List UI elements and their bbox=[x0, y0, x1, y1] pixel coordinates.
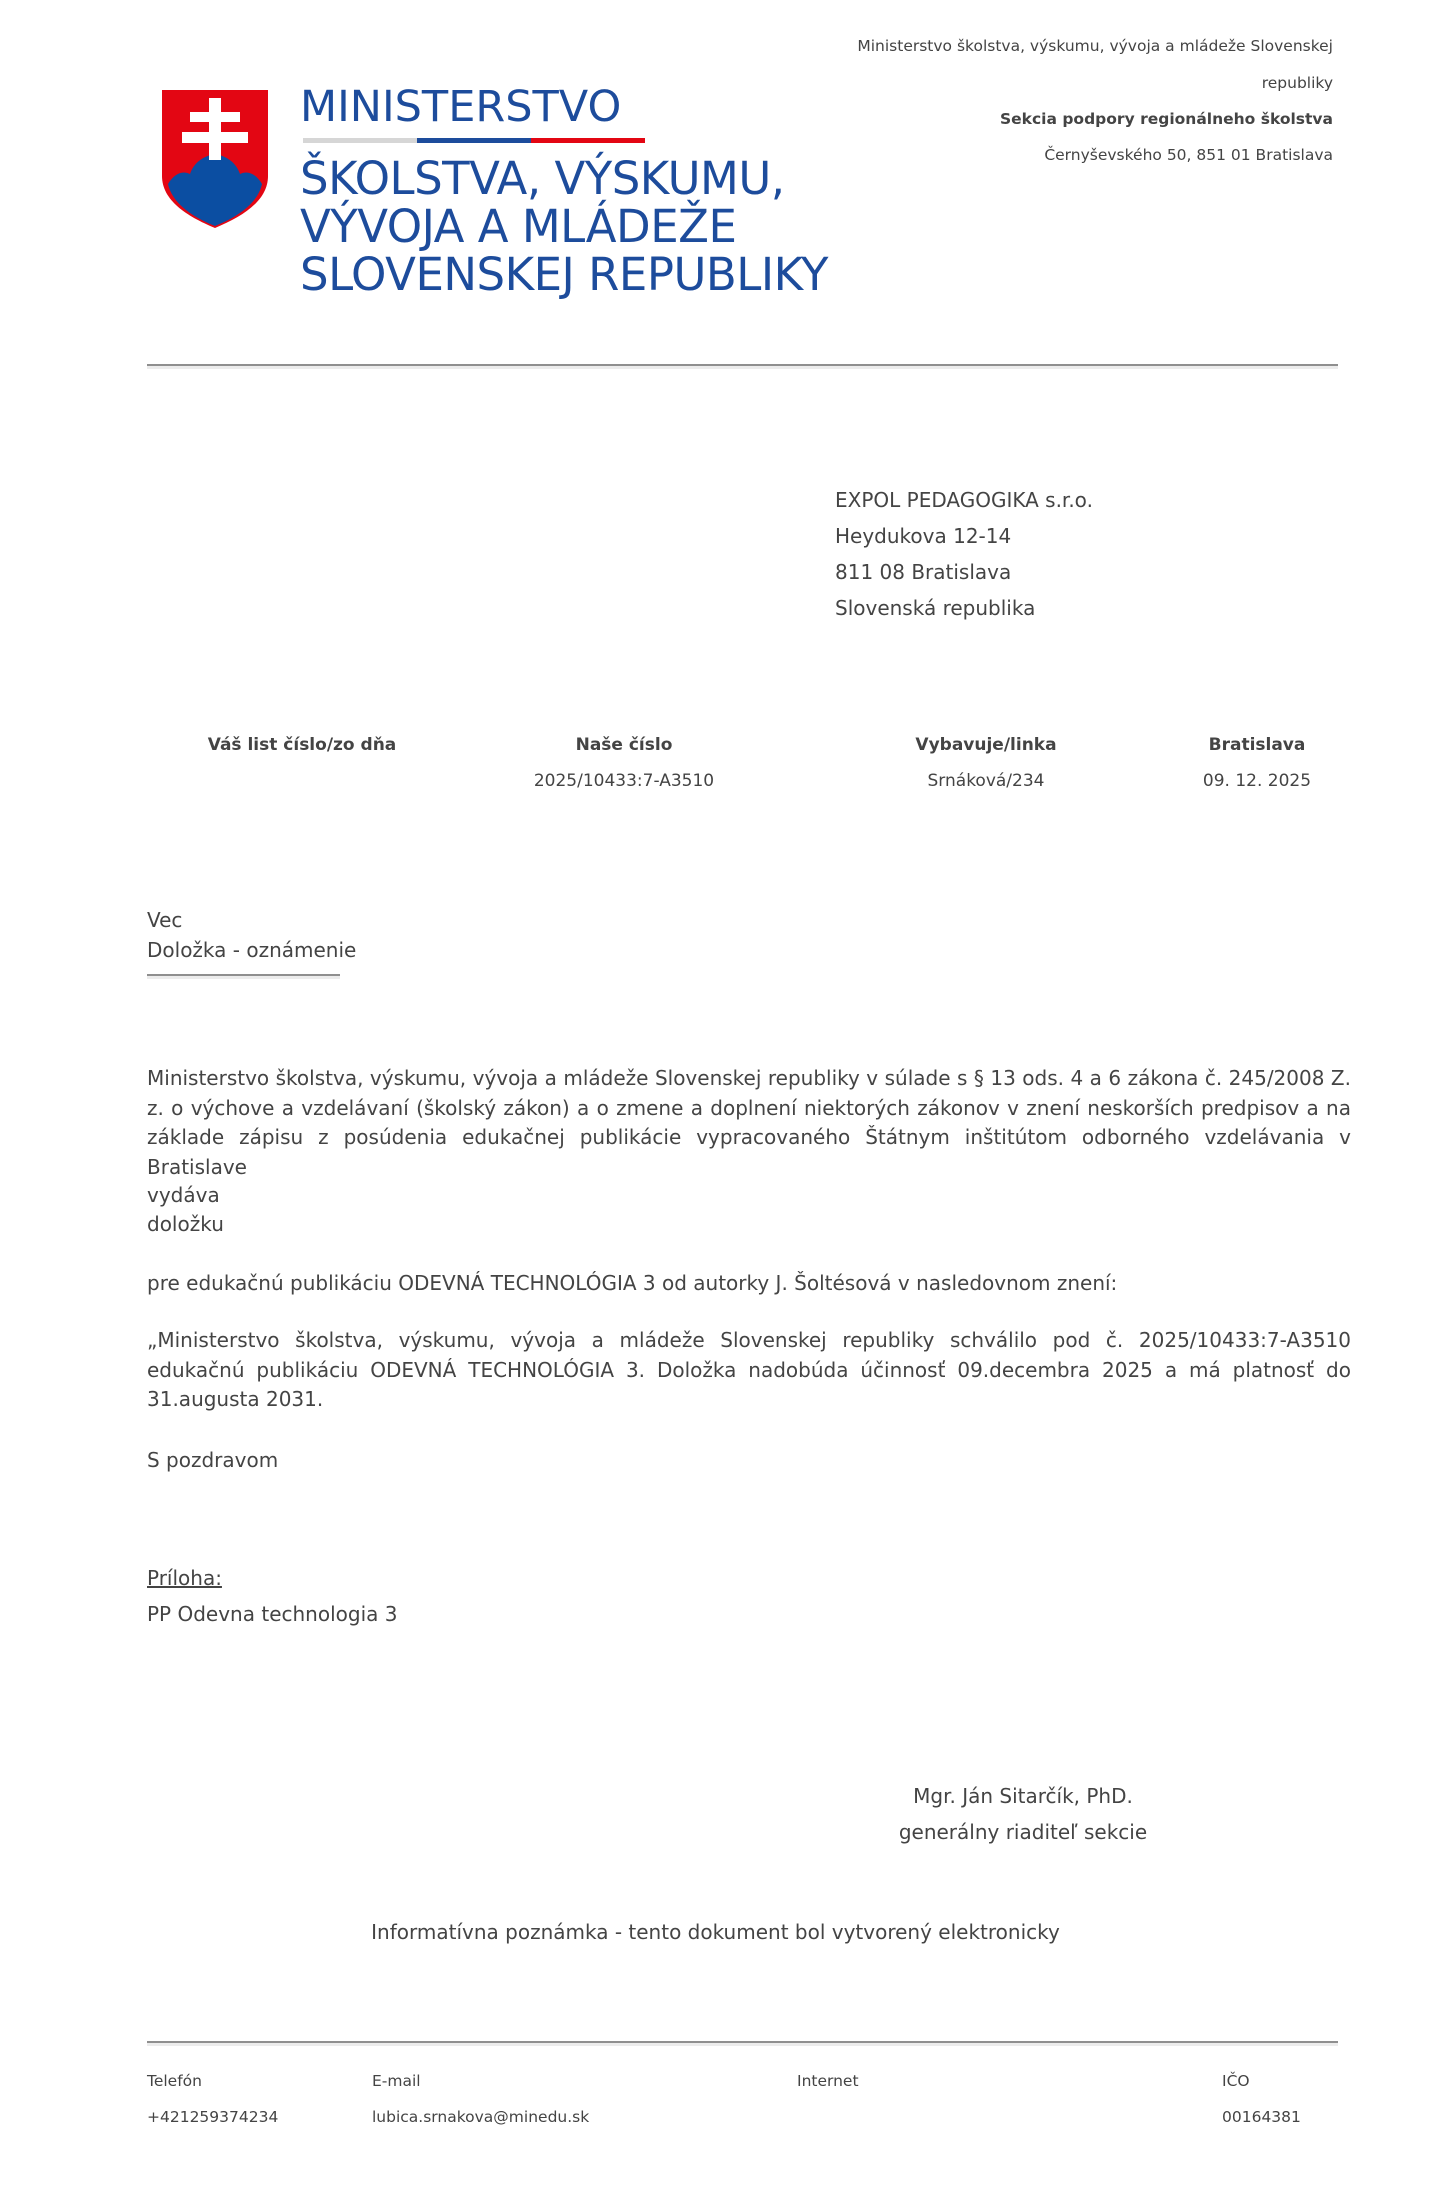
subject-title: Doložka - oznámenie bbox=[147, 938, 356, 962]
logo-text-line: SLOVENSKEJ REPUBLIKY bbox=[300, 248, 828, 301]
logo-text-line: MINISTERSTVO bbox=[300, 82, 621, 132]
sender-section: Sekcia podpory regionálneho školstva bbox=[1000, 110, 1333, 128]
footer-email-label: E-mail bbox=[372, 2072, 421, 2090]
sender-address: Černyševského 50, 851 01 Bratislava bbox=[1044, 146, 1333, 164]
reference-header: Bratislava bbox=[1097, 735, 1417, 755]
note-text: Informatívna poznámka - tento dokument b… bbox=[371, 1920, 1060, 1944]
greeting: S pozdravom bbox=[147, 1448, 278, 1472]
footer-ico-label: IČO bbox=[1222, 2072, 1250, 2090]
subject-label: Vec bbox=[147, 908, 182, 932]
logo-text-line: ŠKOLSTVA, VÝSKUMU, bbox=[300, 152, 785, 205]
recipient-name: EXPOL PEDAGOGIKA s.r.o. bbox=[835, 488, 1093, 512]
subject-divider bbox=[147, 974, 340, 979]
signatory-name: Mgr. Ján Sitarčík, PhD. bbox=[823, 1784, 1223, 1808]
header-divider bbox=[147, 364, 1338, 369]
sender-org-line1: Ministerstvo školstva, výskumu, vývoja a… bbox=[857, 37, 1333, 55]
reference-header: Váš list číslo/zo dňa bbox=[142, 735, 462, 755]
slovak-coat-of-arms-icon bbox=[160, 88, 270, 230]
attachment-item: PP Odevna technologia 3 bbox=[147, 1602, 397, 1626]
reference-value: 09. 12. 2025 bbox=[1097, 771, 1417, 791]
footer-email[interactable]: lubica.srnakova@minedu.sk bbox=[372, 2108, 589, 2126]
sender-org-line2: republiky bbox=[1262, 74, 1333, 92]
footer-ico: 00164381 bbox=[1222, 2108, 1301, 2126]
footer-divider bbox=[147, 2041, 1338, 2046]
reference-header: Naše číslo bbox=[464, 735, 784, 755]
body-for-line: pre edukačnú publikáciu ODEVNÁ TECHNOLÓG… bbox=[147, 1271, 1117, 1295]
footer-internet-label: Internet bbox=[797, 2072, 859, 2090]
body-paragraph: Ministerstvo školstva, výskumu, vývoja a… bbox=[147, 1064, 1351, 1182]
reference-value: 2025/10433:7-A3510 bbox=[464, 771, 784, 791]
recipient-city: 811 08 Bratislava bbox=[835, 560, 1011, 584]
signatory-title: generálny riaditeľ sekcie bbox=[823, 1820, 1223, 1844]
logo-tricolor-rule bbox=[303, 138, 645, 143]
body-issues: vydáva bbox=[147, 1183, 220, 1207]
logo-text-line: VÝVOJA A MLÁDEŽE bbox=[300, 200, 736, 253]
attachment-label: Príloha: bbox=[147, 1566, 222, 1590]
footer-phone-label: Telefón bbox=[147, 2072, 202, 2090]
recipient-street: Heydukova 12-14 bbox=[835, 524, 1011, 548]
footer-phone: +421259374234 bbox=[147, 2108, 278, 2126]
clause-quote: „Ministerstvo školstva, výskumu, vývoja … bbox=[147, 1326, 1351, 1415]
body-clause: doložku bbox=[147, 1212, 224, 1236]
recipient-country: Slovenská republika bbox=[835, 596, 1035, 620]
electronic-document-note: Informatívna poznámka - tento dokument b… bbox=[0, 1920, 1437, 1944]
